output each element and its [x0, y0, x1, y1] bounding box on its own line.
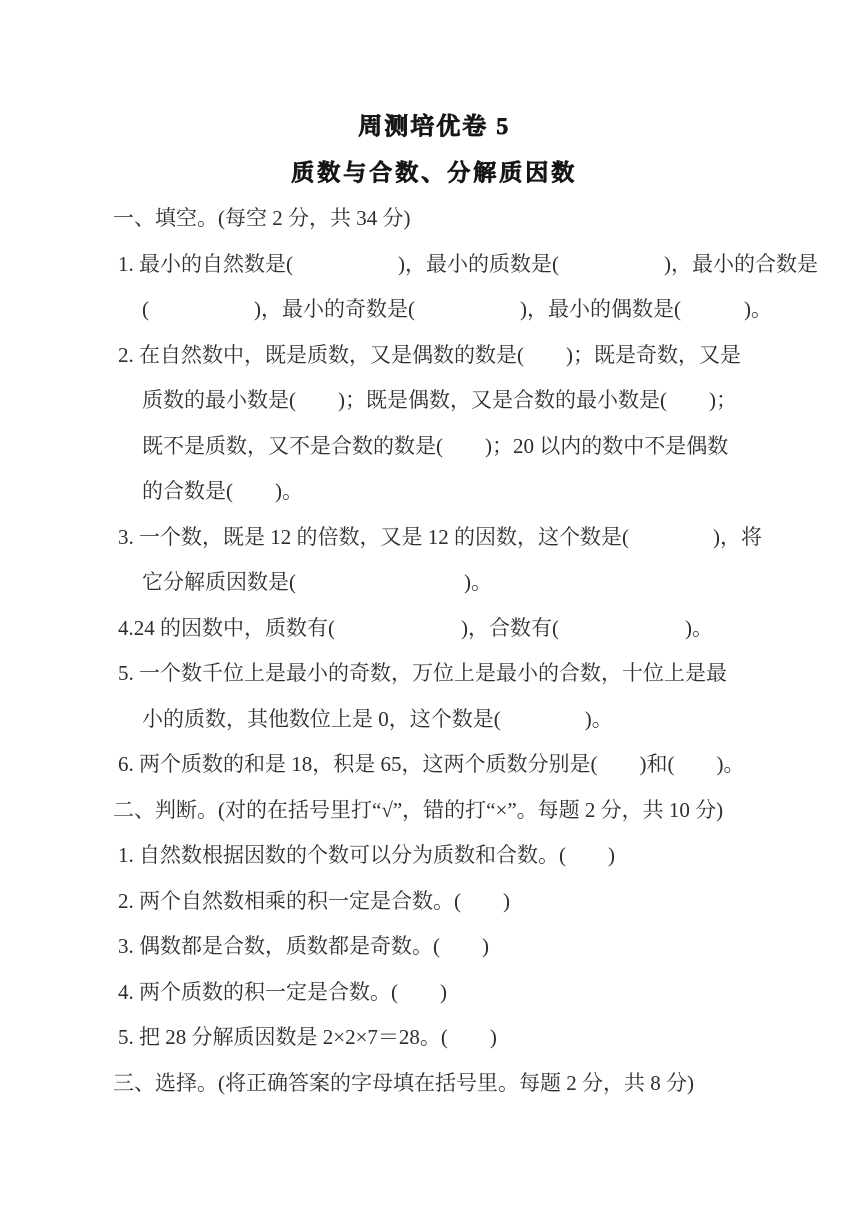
- fill-blank-question-3: 3. 一个数，既是 12 的倍数，又是 12 的因数，这个数是( )，将 它分解…: [118, 515, 868, 606]
- true-false-statement-1: 1. 自然数根据因数的个数可以分为质数和合数。( ): [118, 833, 868, 879]
- fill-blank-question-5: 5. 一个数千位上是最小的奇数，万位上是最小的合数，十位上是最 小的质数，其他数…: [118, 651, 868, 742]
- section-1-heading: 一、填空。(每空 2 分，共 34 分): [113, 196, 868, 242]
- worksheet-page: 周测培优卷 5 质数与合数、分解质因数 一、填空。(每空 2 分，共 34 分)…: [0, 0, 868, 1227]
- true-false-statement-3: 3. 偶数都是合数，质数都是奇数。( ): [118, 924, 868, 970]
- page-subtitle: 质数与合数、分解质因数: [0, 150, 868, 196]
- section-2-heading: 二、判断。(对的在括号里打“√”，错的打“×”。每题 2 分，共 10 分): [113, 788, 868, 834]
- section-true-false: 二、判断。(对的在括号里打“√”，错的打“×”。每题 2 分，共 10 分) 1…: [0, 788, 868, 1061]
- worksheet-content: 一、填空。(每空 2 分，共 34 分) 1. 最小的自然数是( )，最小的质数…: [0, 196, 868, 1106]
- fill-blank-question-6: 6. 两个质数的和是 18，积是 65，这两个质数分别是( )和( )。: [118, 742, 868, 788]
- section-3-heading: 三、选择。(将正确答案的字母填在括号里。每题 2 分，共 8 分): [113, 1061, 868, 1107]
- section-fill-blanks: 一、填空。(每空 2 分，共 34 分) 1. 最小的自然数是( )，最小的质数…: [0, 196, 868, 788]
- true-false-statement-4: 4. 两个质数的积一定是合数。( ): [118, 970, 868, 1016]
- section-multiple-choice: 三、选择。(将正确答案的字母填在括号里。每题 2 分，共 8 分): [0, 1061, 868, 1107]
- page-title: 周测培优卷 5: [0, 104, 868, 150]
- true-false-statement-2: 2. 两个自然数相乘的积一定是合数。( ): [118, 879, 868, 925]
- fill-blank-question-2: 2. 在自然数中，既是质数，又是偶数的数是( )；既是奇数，又是 质数的最小数是…: [118, 333, 868, 515]
- fill-blank-question-1: 1. 最小的自然数是( )，最小的质数是( )，最小的合数是 ( )，最小的奇数…: [118, 242, 868, 333]
- true-false-statement-5: 5. 把 28 分解质因数是 2×2×7＝28。( ): [118, 1015, 868, 1061]
- fill-blank-question-4: 4.24 的因数中，质数有( )，合数有( )。: [118, 606, 868, 652]
